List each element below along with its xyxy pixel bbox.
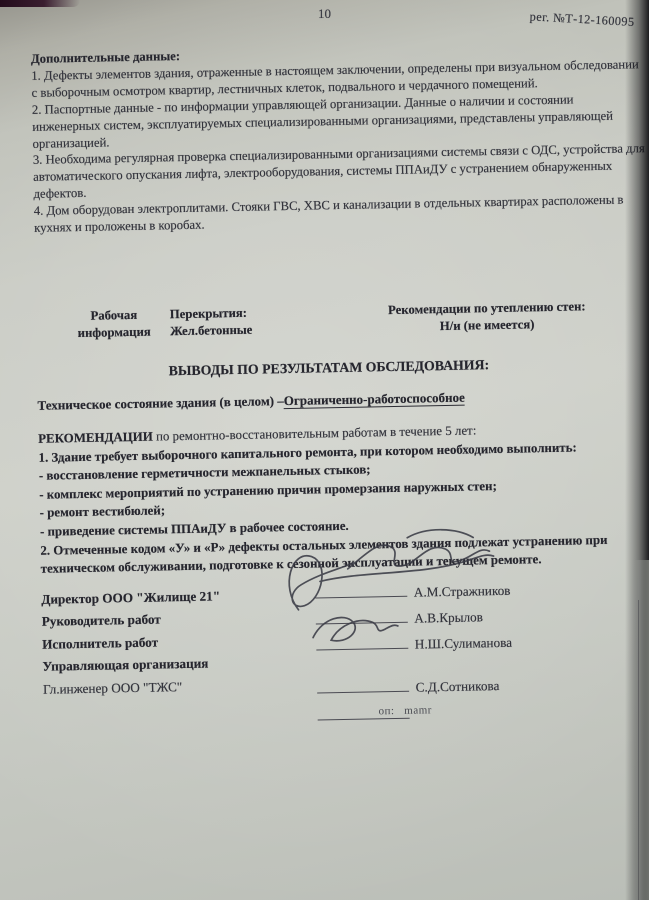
slabs-block: Перекрытия: Жел.бетонные xyxy=(170,303,321,340)
work-info-line: информация xyxy=(60,323,168,342)
additional-data-section: Дополнительные данные: 1. Дефекты элемен… xyxy=(31,39,647,237)
footer-note-value: mamr xyxy=(404,704,432,717)
recommendations-title-word: РЕКОМЕНДАЦИИ xyxy=(38,430,153,446)
technical-condition-value: Ограниченно-работоспособное xyxy=(284,390,465,409)
page-content: Дополнительные данные: 1. Дефекты элемен… xyxy=(0,0,649,900)
slabs-value: Жел.бетонные xyxy=(170,320,320,340)
handwritten-signatures xyxy=(259,520,501,655)
corner-shadow xyxy=(0,0,80,7)
signatory-name: С.Д.Сотникова xyxy=(416,678,500,695)
page-edge-line xyxy=(638,600,640,900)
signature-stroke xyxy=(289,555,355,610)
signature-row: С.Д.Сотникова xyxy=(317,677,513,698)
work-info-block: Рабочая информация xyxy=(60,306,169,342)
work-info-line: Рабочая xyxy=(60,306,168,325)
technical-condition-label: Техническое состояние здания (в целом) – xyxy=(37,393,283,413)
signature-role: Гл.инженер ООО "ТЖС" xyxy=(43,674,293,701)
conclusions-heading: ВЫВОДЫ ПО РЕЗУЛЬТАТАМ ОБСЛЕДОВАНИЯ: xyxy=(37,355,621,382)
signature-roles: Директор ООО "Жилище 21" Руководитель ра… xyxy=(41,584,293,701)
page-edge-highlight xyxy=(633,560,649,900)
signature-stroke xyxy=(320,555,494,581)
technical-condition-line: Техническое состояние здания (в целом) –… xyxy=(37,390,465,414)
signature-stroke xyxy=(313,616,398,641)
signature-stroke xyxy=(347,543,489,569)
footer-note: оп: mamr xyxy=(378,704,432,717)
walls-recommendation-block: Рекомендации по утеплению стен: Н/и (не … xyxy=(352,298,623,337)
footer-note-label: оп: xyxy=(378,705,394,717)
scanned-document-page: 10 рег. №Т-12-160095 Дополнительные данн… xyxy=(0,0,649,900)
signature-underline xyxy=(317,679,409,694)
signature-stroke xyxy=(407,529,473,539)
